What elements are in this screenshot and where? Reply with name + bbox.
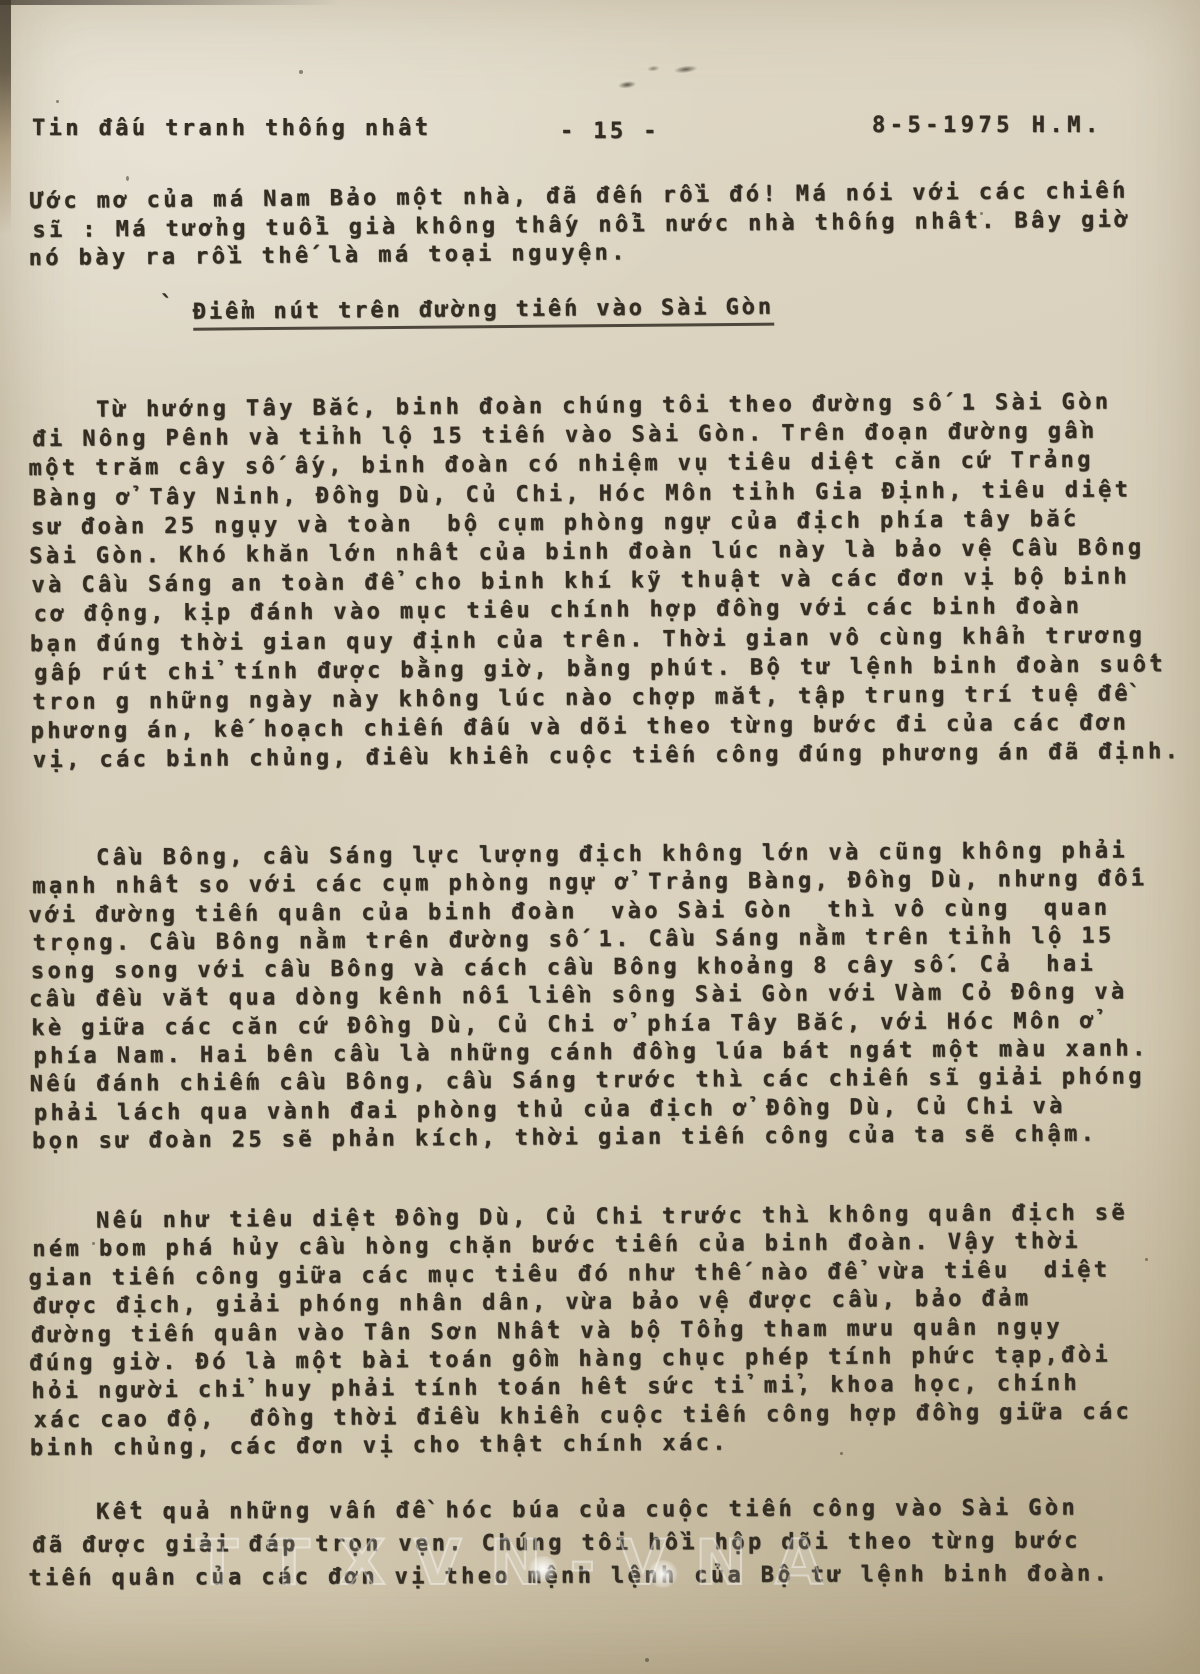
ink-smudge (610, 50, 713, 96)
page-number: - 15 - (560, 119, 660, 144)
paper-speck (126, 176, 129, 181)
paper-speck (1145, 1258, 1148, 1261)
text-line: đã được giải đáp trọn vẹn. Chúng tôi hồi… (32, 1524, 1114, 1562)
paragraph-3: Nếu như tiêu diệt Đồng Dù, Củ Chi trước … (30, 1199, 1131, 1463)
paragraph-4: Kết quả những vấn đề hóc búa của cuộc ti… (30, 1491, 1112, 1595)
scanned-document-page: Tin đấu tranh thống nhất - 15 - 8-5-1975… (0, 0, 1200, 1674)
page-edge-shadow-top (0, 0, 340, 5)
page-edge-shadow-left (0, 0, 11, 235)
paragraph-2: Cầu Bông, cầu Sáng lực lượng địch không … (30, 837, 1147, 1156)
bulletin-title: Tin đấu tranh thống nhất (32, 116, 431, 141)
article-title-row: `Điểm nút trên đường tiến vào Sài Gòn (160, 295, 774, 325)
date-and-initials: 8-5-1975 H.M. (872, 113, 1103, 138)
paper-speck (56, 100, 59, 103)
text-line: Kết quả những vấn đề hóc búa của cuộc ti… (30, 1491, 1112, 1529)
paragraph-1: Từ hướng Tây Bắc, binh đoàn chúng tôi th… (30, 387, 1181, 776)
article-title: Điểm nút trên đường tiến vào Sài Gòn (193, 295, 774, 331)
intro-paragraph: Ước mơ của má Nam Bảo một nhà, đã đến rồ… (30, 177, 1129, 273)
paper-speck (299, 70, 303, 74)
text-line: tiến quân của các đơn vị theo mệnh lệnh … (28, 1557, 1110, 1595)
stray-typewriter-mark: ` (160, 292, 177, 317)
paper-speck (645, 1658, 649, 1662)
